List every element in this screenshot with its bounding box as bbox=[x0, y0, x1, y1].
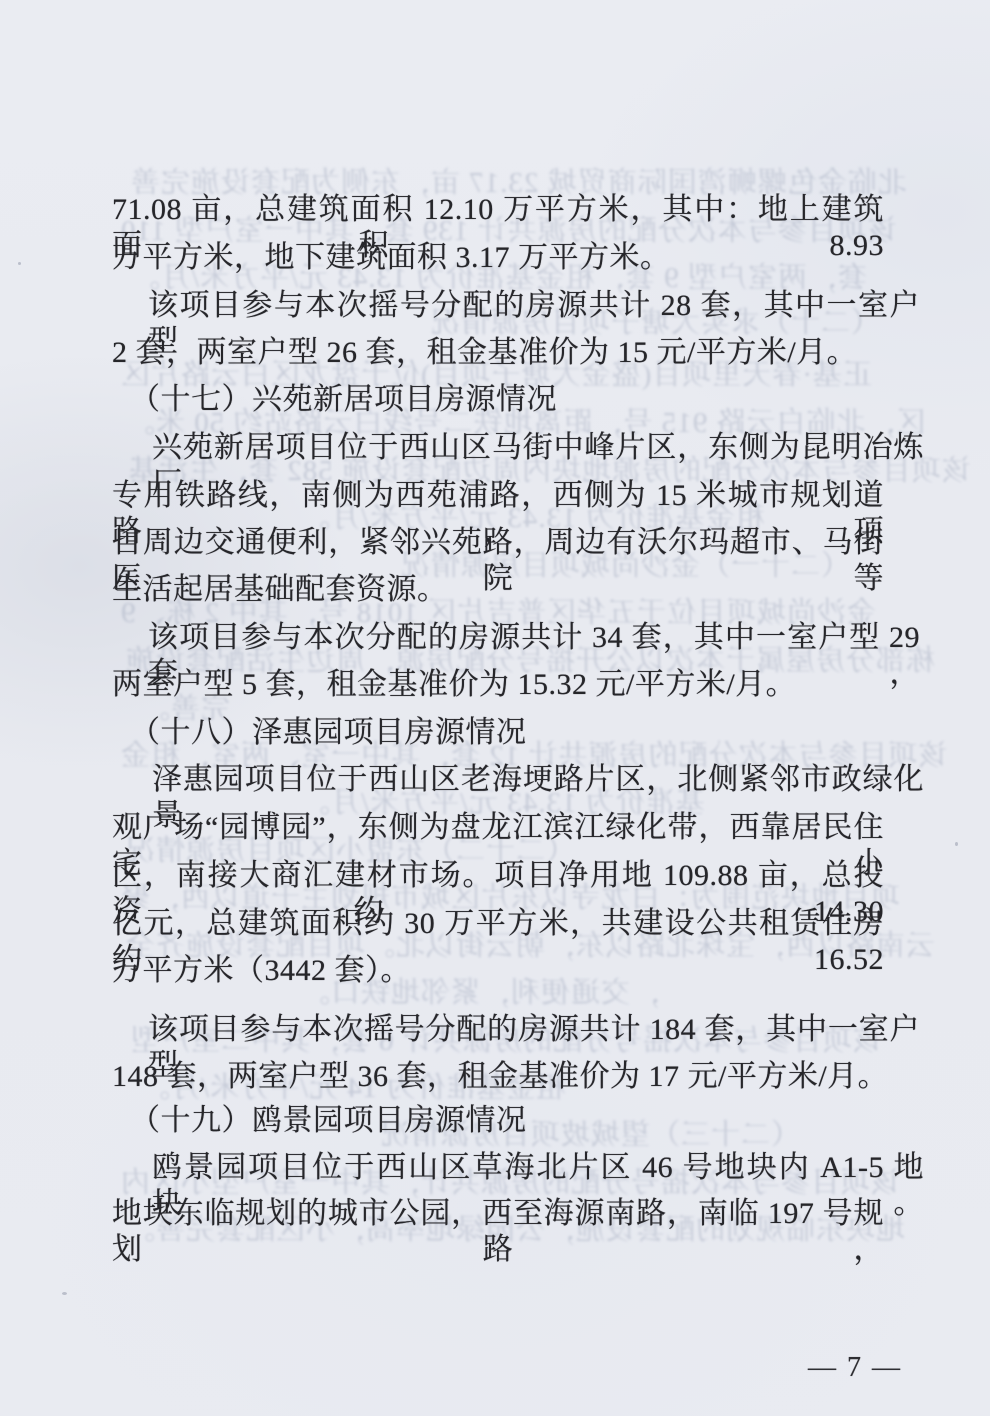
scan-speck bbox=[18, 262, 21, 265]
text-line: 2 套，两室户型 26 套，租金基准价为 15 元/平方米/月。 bbox=[112, 335, 884, 371]
text-line: 万平方米，地下建筑面积 3.17 万平方米。 bbox=[112, 240, 884, 276]
text-line: （十八）泽惠园项目房源情况 bbox=[112, 715, 902, 751]
scan-speck bbox=[62, 1292, 67, 1295]
text-line: （十九）鸥景园项目房源情况 bbox=[112, 1103, 902, 1139]
text-line: （十七）兴苑新居项目房源情况 bbox=[112, 382, 902, 418]
scan-speck bbox=[955, 842, 958, 846]
document-body: 71.08 亩，总建筑面积 12.10 万平方米，其中：地上建筑面积 8.93万… bbox=[0, 0, 990, 1416]
document-page: 北临金色螺蛳湾国际商贸城 23.17 亩，东侧为配套设施完善该项目参与本次分配的… bbox=[0, 0, 990, 1416]
text-line: 地块东临规划的城市公园，西至海源南路，南临 197 号规划路， bbox=[112, 1196, 884, 1268]
page-number: — 7 — bbox=[808, 1352, 902, 1384]
text-line: 148 套，两室户型 36 套，租金基准价为 17 元/平方米/月。 bbox=[112, 1059, 884, 1095]
text-line: 生活起居基础配套资源。 bbox=[112, 572, 884, 608]
text-line: 万平方米（3442 套）。 bbox=[112, 953, 884, 989]
text-line: 两室户型 5 套，租金基准价为 15.32 元/平方米/月。 bbox=[112, 667, 884, 703]
